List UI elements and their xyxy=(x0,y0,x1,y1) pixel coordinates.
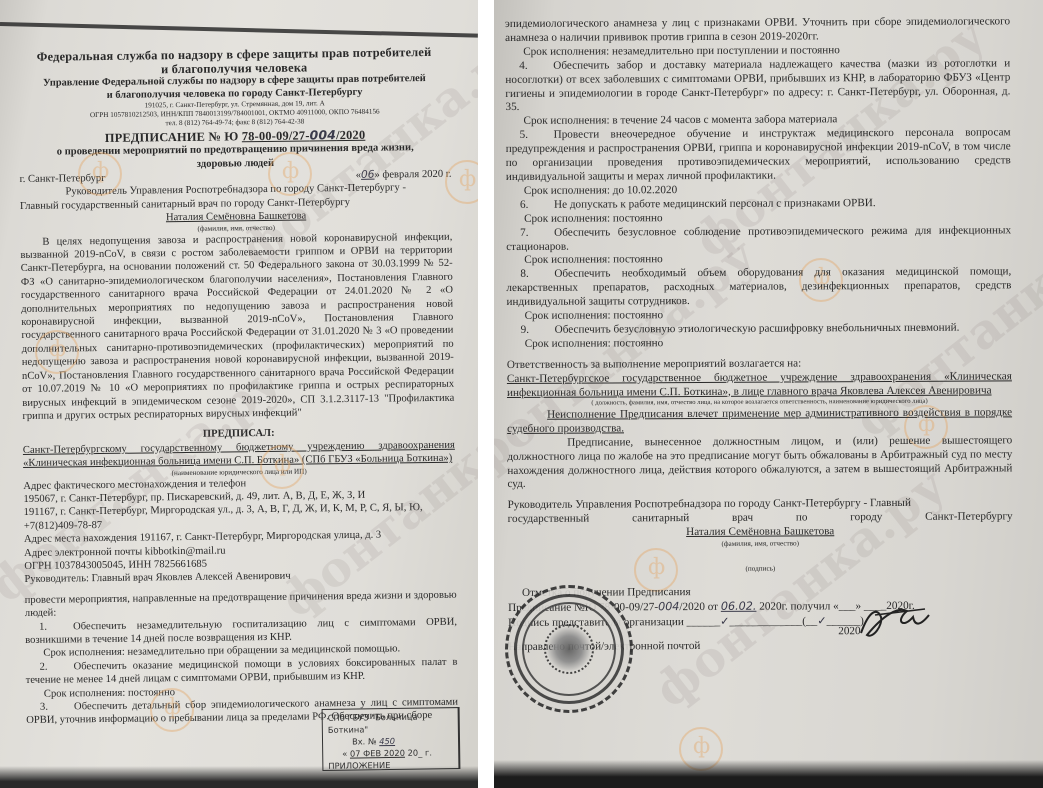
handwritten-signature-icon xyxy=(855,603,935,643)
measure-number: 6. xyxy=(506,199,554,213)
stamp-year-suffix: 20 xyxy=(408,748,419,758)
official-round-seal xyxy=(505,585,633,713)
measure-number: 2. xyxy=(25,660,73,674)
measure-item: 5.Провести внеочередное обучение и инстр… xyxy=(506,127,1011,185)
measure-text: Обеспечить необходимый объем оборудовани… xyxy=(506,266,1011,308)
measure-text: Провести внеочередное обучение и инструк… xyxy=(506,127,1011,183)
measure-number: 5. xyxy=(506,129,554,143)
measure-number: 3. xyxy=(26,700,74,714)
paper-edge-shadow xyxy=(0,22,478,38)
receipt-received-label: 2020г. получил « xyxy=(759,600,839,612)
measure-number: 9. xyxy=(507,324,555,338)
receipt-issue-date-handwritten: 06.02. xyxy=(721,600,757,613)
item-3-continuation: эпидемиологического анамнеза у лиц с при… xyxy=(505,15,1010,45)
measure-text: Обеспечить безусловную этиологическую ра… xyxy=(555,322,960,336)
receipt-doc-year: 2020 от xyxy=(682,601,718,613)
document-number-printed: 78-00-09/27- xyxy=(242,129,310,144)
measure-item: 8.Обеспечить необходимый объем оборудова… xyxy=(506,266,1011,310)
measure-text: Обеспечить оказание медицинской помощи в… xyxy=(26,656,458,686)
watermark-logo-icon xyxy=(679,727,723,771)
incoming-registration-stamp: СПб ГБУЗ "Больница Боткина" Вх. № 450 « … xyxy=(322,707,461,771)
measure-item: 7.Обеспечить безусловное соблюдение прот… xyxy=(506,224,1011,254)
measure-item: 9.Обеспечить безусловную этиологическую … xyxy=(507,321,1012,338)
measure-item: 4.Обеспечить забор и доставку материала … xyxy=(505,57,1010,115)
appeal-notice: Предписание, вынесенное должностным лицо… xyxy=(507,434,1012,492)
issue-city: г. Санкт-Петербург xyxy=(20,172,106,186)
issue-date-month-year: февраля 2020 г. xyxy=(382,169,451,181)
measure-number: 4. xyxy=(505,59,553,73)
document-number-handwritten: 004 xyxy=(310,127,337,142)
prescription-page-2: эпидемиологического анамнеза у лиц с при… xyxy=(505,15,1013,654)
measure-text: Обеспечить забор и доставку материала на… xyxy=(505,57,1010,113)
stamp-incoming-label: Вх. № xyxy=(352,736,377,746)
organization-name: Санкт-Петербургскому государственному бю… xyxy=(23,438,455,470)
measure-number: 1. xyxy=(25,620,73,634)
preamble: В целях недопущения завоза и распростран… xyxy=(20,230,454,423)
document-number-year: /2020 xyxy=(336,128,365,142)
seal-emblem-icon xyxy=(544,624,594,674)
measure-number: 8. xyxy=(506,268,554,282)
signer-title-2: государственный санитарный врач по город… xyxy=(508,511,1013,528)
issue-date: «06» февраля 2020 г. xyxy=(356,168,452,183)
measure-number: 7. xyxy=(506,226,554,240)
stamp-organization: СПб ГБУЗ "Больница Боткина" xyxy=(328,710,453,736)
stamp-attachment: ПРИЛОЖЕНИЕ xyxy=(328,758,453,772)
responsible-party: Санкт-Петербургское государственное бюдж… xyxy=(507,370,1012,400)
measure-text: Не допускать к работе медицинский персон… xyxy=(554,197,876,211)
stamp-date-value: 07 ФЕВ 2020 xyxy=(350,748,405,759)
document-photo-page-1: Федеральная служба по надзору в сфере за… xyxy=(0,0,478,788)
measure-text: Обеспечить незамедлительную госпитализац… xyxy=(25,616,457,646)
receipt-doc-number-handwritten: 004 xyxy=(658,600,679,613)
stamp-incoming-value: 450 xyxy=(379,736,395,746)
measures-list-continued: 4.Обеспечить забор и доставку материала … xyxy=(505,57,1012,352)
non-compliance-warning: Неисполнение Предписания влечет применен… xyxy=(507,406,1012,436)
document-number: 78-00-09/27-004/2020 xyxy=(242,128,366,144)
issue-date-day: 06 xyxy=(361,169,375,181)
measure-text: Обеспечить безусловное соблюдение против… xyxy=(506,224,1011,253)
prescription-page-1: Федеральная служба по надзору в сфере за… xyxy=(18,45,458,728)
